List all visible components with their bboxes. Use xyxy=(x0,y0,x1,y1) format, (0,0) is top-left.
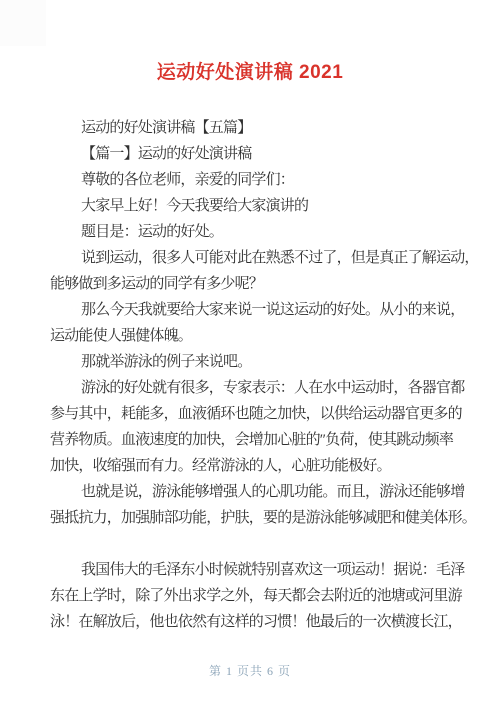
page-corner-shading xyxy=(0,0,46,46)
text-line: 运动的好处演讲稿【五篇】 xyxy=(50,115,468,141)
page-footer: 第 1 页共 6 页 xyxy=(0,662,500,679)
text-line: 那么今天我就要给大家来说一说这运动的好处。从小的来说， xyxy=(50,297,468,323)
blank-line xyxy=(50,531,468,557)
text-line: 运动能使人强健体魄。 xyxy=(50,323,468,349)
text-line: 【篇一】运动的好处演讲稿 xyxy=(50,141,468,167)
document-page: 运动好处演讲稿 2021 运动的好处演讲稿【五篇】【篇一】运动的好处演讲稿尊敬的… xyxy=(0,0,500,707)
text-line: 东在上学时，除了外出求学之外，每天都会去附近的池塘或河里游 xyxy=(50,583,468,609)
document-title: 运动好处演讲稿 2021 xyxy=(0,57,500,84)
text-line: 说到运动，很多人可能对此在熟悉不过了，但是真正了解运动， xyxy=(50,245,468,271)
text-line: 题目是：运动的好处。 xyxy=(50,219,468,245)
text-line: 能够做到多运动的同学有多少呢？ xyxy=(50,271,468,297)
text-line: 泳！在解放后，他也依然有这样的习惯！他最后的一次横渡长江， xyxy=(50,609,468,635)
text-line: 我国伟大的毛泽东小时候就特别喜欢这一项运动！据说：毛泽 xyxy=(50,557,468,583)
text-line: 尊敬的各位老师，亲爱的同学们： xyxy=(50,167,468,193)
text-line: 参与其中，耗能多，血液循环也随之加快，以供给运动器官更多的 xyxy=(50,401,468,427)
text-line: 游泳的好处就有很多，专家表示：人在水中运动时，各器官都 xyxy=(50,375,468,401)
text-line: 加快，收缩强而有力。经常游泳的人，心脏功能极好。 xyxy=(50,453,468,479)
text-line: 也就是说，游泳能够增强人的心肌功能。而且，游泳还能够增 xyxy=(50,479,468,505)
text-line: 强抵抗力，加强肺部功能，护肤，要的是游泳能够减肥和健美体形。 xyxy=(50,505,468,531)
text-line: 那就举游泳的例子来说吧。 xyxy=(50,349,468,375)
text-line: 大家早上好！今天我要给大家演讲的 xyxy=(50,193,468,219)
text-line: 营养物质。血液速度的加快，会增加心脏的″负荷，使其跳动频率 xyxy=(50,427,468,453)
document-body: 运动的好处演讲稿【五篇】【篇一】运动的好处演讲稿尊敬的各位老师，亲爱的同学们：大… xyxy=(50,115,468,635)
